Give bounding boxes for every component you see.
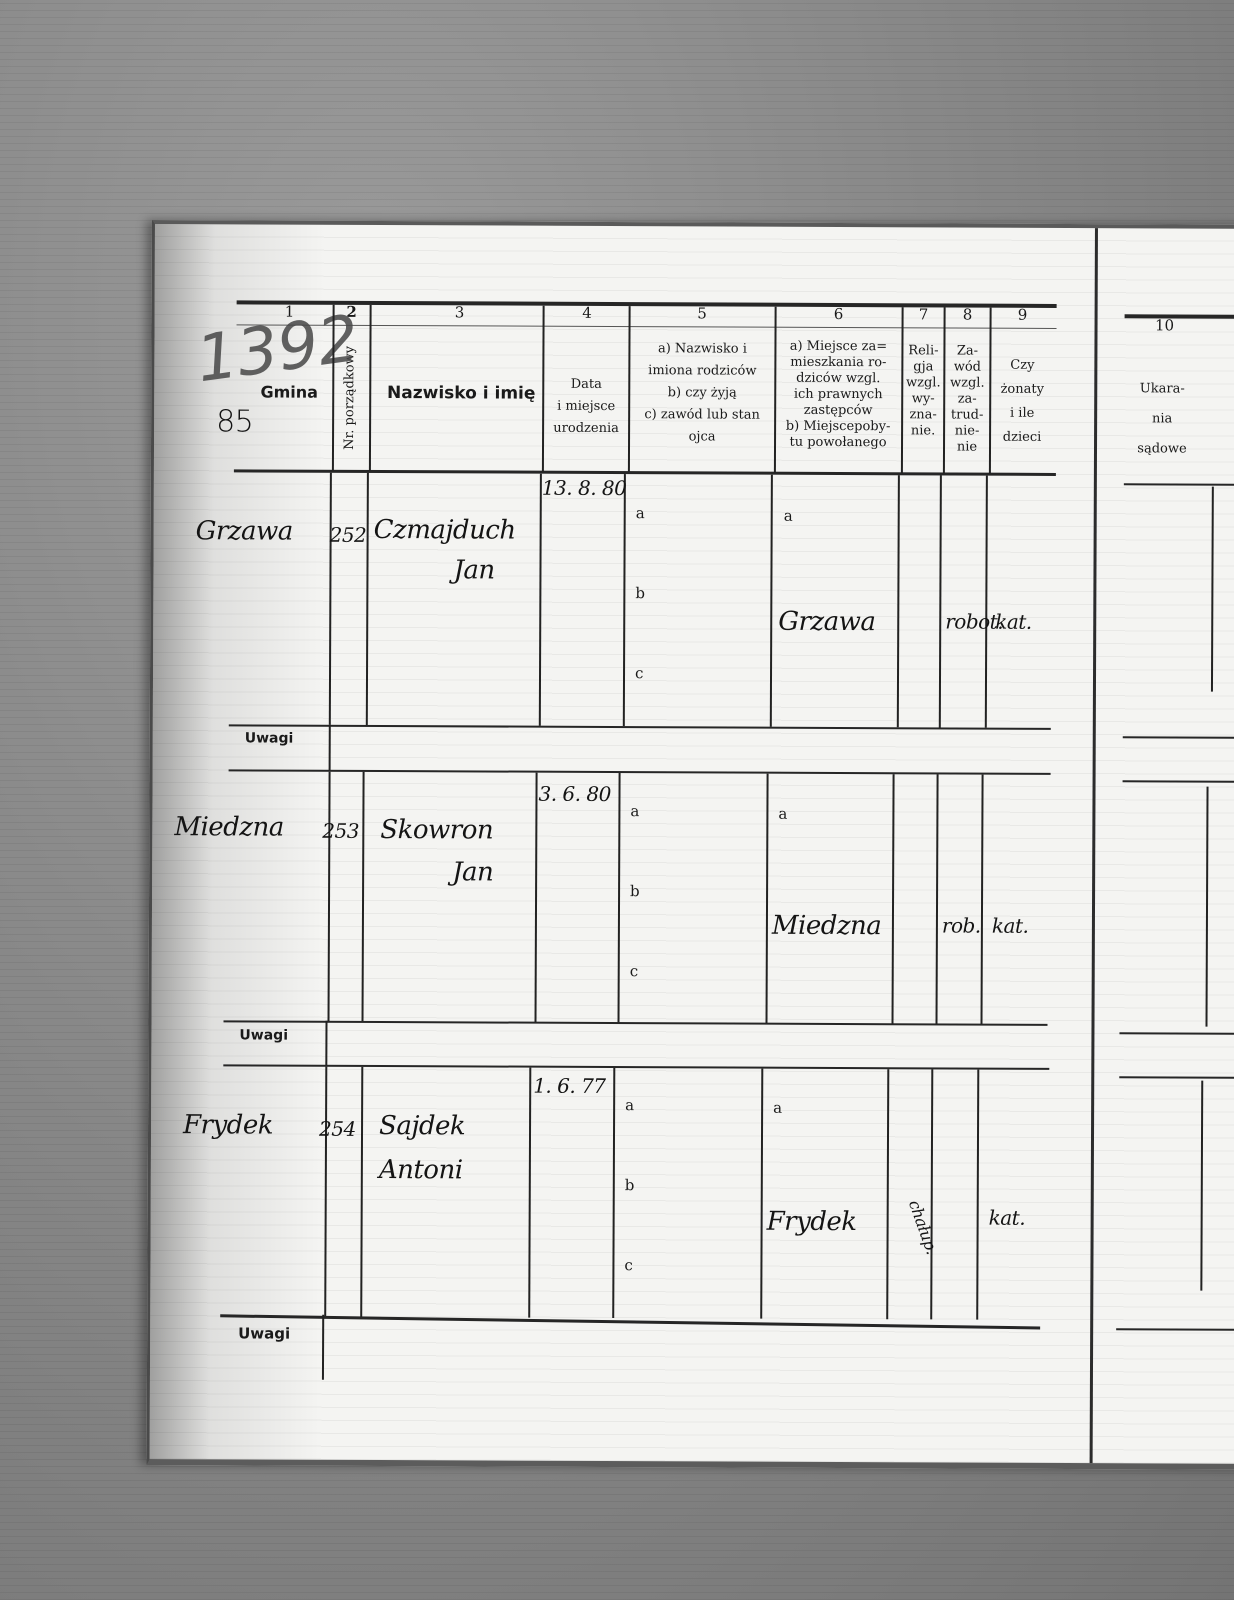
- entry1-remarks-label: Uwagi: [245, 730, 294, 746]
- column-number-7: 7: [903, 305, 945, 323]
- column-number-5: 5: [630, 304, 775, 323]
- entry1-divider-g: [939, 475, 942, 727]
- header-col5: a) Nazwisko i imiona rodziców b) czy żyj…: [629, 338, 775, 449]
- entry1-divider-c: [539, 474, 542, 726]
- entry3-label-b: b: [625, 1176, 635, 1194]
- entry3-occupation: chałup.: [905, 1197, 942, 1256]
- entry2-label-c: c: [630, 962, 638, 980]
- entry2-divider-col10: [1205, 787, 1208, 1027]
- header-col4-line1: Data: [542, 374, 630, 396]
- header-col6-line1: a) Miejsce za=: [774, 339, 902, 356]
- header-col8-line4: za-: [944, 391, 990, 407]
- entry1-divider-a: [329, 473, 332, 725]
- entry2-divider-c: [535, 773, 538, 1023]
- entry1-label-b: b: [635, 584, 645, 602]
- entry2-remarks-label: Uwagi: [239, 1027, 288, 1043]
- header-col5-line2: imiona rodziców: [629, 360, 775, 383]
- entry2-divider-d: [618, 773, 621, 1023]
- header-col8-line2: wód: [944, 359, 990, 375]
- header-col9-line3: i ile: [990, 402, 1054, 426]
- entry2-bottom-rule: [223, 1020, 1047, 1026]
- header-col4-line3: urodzenia: [542, 418, 630, 440]
- column-number-9: 9: [991, 306, 1055, 324]
- entry2-occupation: rob.: [942, 913, 981, 937]
- column-number-8: 8: [945, 305, 991, 323]
- entry3-divider-g: [930, 1069, 933, 1319]
- header-col6-line2: mieszkania ro-: [774, 355, 902, 372]
- archive-ink-number: 85: [216, 404, 253, 439]
- header-col9-line1: Czy: [990, 354, 1054, 378]
- header-col5-line5: ojca: [629, 426, 775, 449]
- col-divider-6-7-header: [901, 307, 904, 473]
- entry2-label-b: b: [630, 882, 640, 900]
- header-col7-line5: zna-: [902, 407, 944, 423]
- entry1-remarks-rule: [229, 769, 1051, 775]
- header-col9-line4: dzieci: [990, 426, 1054, 450]
- header-col6-line6: b) Miejscepoby-: [774, 419, 902, 436]
- entry3-divider-h: [976, 1070, 979, 1320]
- entry3-surname: Sajdek: [379, 1111, 465, 1141]
- entry3-residence: Frydek: [767, 1207, 857, 1237]
- entry1-label-c: c: [635, 664, 643, 682]
- header-col7-line2: gja: [902, 359, 944, 375]
- col-divider-2-3-header: [369, 305, 372, 471]
- entry1-divider-d: [623, 474, 626, 726]
- header-col10: Ukara- nia sądowe: [1122, 374, 1202, 464]
- entry3-divider-e: [760, 1069, 763, 1319]
- entry1-divider-h: [985, 476, 988, 728]
- header-col10-line1: Ukara-: [1122, 374, 1202, 404]
- entry3-religion-mark: kat.: [989, 1206, 1026, 1230]
- entry3-label-c: c: [624, 1256, 632, 1274]
- header-col4: Data i miejsce urodzenia: [542, 374, 630, 440]
- entry2-divider-g: [935, 774, 938, 1024]
- header-bottom-rule-right: [1124, 483, 1234, 486]
- entry3-divider-c: [528, 1068, 531, 1318]
- entry1-divider-f: [897, 475, 900, 727]
- entry3-label-a: a: [625, 1096, 634, 1114]
- header-col6-line4: ich prawnych: [774, 387, 902, 404]
- header-bottom-rule: [234, 469, 1056, 476]
- entry1-residence: Grzawa: [778, 607, 875, 637]
- entry2-divider-e: [765, 774, 768, 1024]
- entry3-divider-a: [324, 1067, 327, 1317]
- entry2-label-6a: a: [778, 805, 787, 823]
- entry3-divider-d: [612, 1068, 615, 1318]
- entry1-nr: 252: [330, 523, 367, 547]
- entry3-remarks-label: Uwagi: [238, 1324, 290, 1342]
- entry2-divider-f: [891, 774, 894, 1024]
- header-col6-line5: zastępców: [774, 403, 902, 420]
- column-number-underline: [237, 324, 1057, 329]
- header-col7-line4: wy-: [902, 391, 944, 407]
- header-col7-line1: Reli-: [902, 343, 944, 359]
- header-col8: Za- wód wzgl. za- trud- nie- nie: [944, 343, 990, 455]
- entry2-religion-mark: kat.: [992, 914, 1029, 938]
- entry2-first-name: Jan: [452, 857, 493, 887]
- header-col4-line2: i miejsce: [542, 396, 630, 418]
- entry2-divider-h: [980, 775, 983, 1025]
- register-entry-3: Frydek 254 Sajdek Antoni 1. 6. 77 a b c …: [155, 224, 1234, 229]
- entry1-gmina: Grzawa: [196, 516, 293, 546]
- header-col5-line1: a) Nazwisko i: [629, 338, 775, 361]
- entry2-gmina: Miedzna: [174, 812, 284, 842]
- entry3-divider-f: [886, 1069, 889, 1319]
- header-col6-line7: tu powołanego: [774, 435, 902, 452]
- entry2-residence: Miedzna: [772, 911, 882, 941]
- entry1-label-6a: a: [784, 507, 793, 525]
- entry1-remarks-rule-right: [1123, 780, 1234, 783]
- header-col6-line3: dziców wzgl.: [774, 371, 902, 388]
- entry3-bottom-rule: [220, 1314, 1040, 1329]
- entry1-religion-mark: kat.: [995, 610, 1032, 634]
- entry3-divider-b: [360, 1067, 363, 1317]
- register-entry-1: Grzawa 252 Czmajduch Jan 13. 8. 80 a b c…: [155, 224, 1234, 229]
- entry2-remarks-rule-right: [1119, 1076, 1234, 1079]
- col-divider-1-2-header: [332, 305, 335, 471]
- entry3-remarks-divider: [322, 1315, 324, 1380]
- entry1-divider-col10: [1211, 487, 1214, 692]
- header-nazwisko-imie: Nazwisko i imię: [376, 385, 546, 402]
- entry1-bottom-rule-right: [1123, 736, 1234, 739]
- entry2-bottom-rule-right: [1119, 1032, 1234, 1035]
- entry2-surname: Skowron: [380, 815, 493, 845]
- entry1-label-a: a: [636, 504, 645, 522]
- column-number-6: 6: [775, 305, 903, 324]
- col-divider-3-4-header: [542, 306, 545, 472]
- register-entry-2: Miedzna 253 Skowron Jan 3. 6. 80 a b c a…: [155, 224, 1234, 229]
- header-col6: a) Miejsce za= mieszkania ro- dziców wzg…: [774, 339, 902, 452]
- entry3-divider-col10: [1200, 1081, 1203, 1291]
- entry2-label-a: a: [630, 802, 639, 820]
- header-col5-line4: c) zawód lub stan: [629, 404, 775, 427]
- entry2-divider-a: [328, 772, 331, 1022]
- archive-pencil-number: 1392: [192, 302, 363, 397]
- entry1-remarks-divider: [329, 725, 331, 771]
- entry1-first-name: Jan: [453, 555, 494, 585]
- entry2-birth-date: 3. 6. 80: [538, 782, 610, 806]
- entry3-nr: 254: [319, 1117, 356, 1141]
- entry1-surname: Czmajduch: [374, 515, 516, 546]
- entry3-label-6a: a: [773, 1099, 782, 1117]
- header-col10-line3: sądowe: [1122, 434, 1202, 464]
- entry3-birth-date: 1. 6. 77: [533, 1074, 605, 1098]
- header-col7-line3: wzgl.: [902, 375, 944, 391]
- column-number-4: 4: [545, 304, 630, 322]
- entry2-divider-b: [362, 772, 365, 1022]
- header-col9: Czy żonaty i ile dzieci: [990, 354, 1054, 450]
- entry3-first-name: Antoni: [379, 1155, 463, 1185]
- header-col5-line3: b) czy żyją: [629, 382, 775, 405]
- column-number-3: 3: [375, 303, 545, 322]
- entry3-gmina: Frydek: [183, 1110, 273, 1140]
- header-col8-line6: nie-: [944, 423, 990, 439]
- entry2-remarks-divider: [325, 1021, 327, 1067]
- header-col10-line2: nia: [1122, 404, 1202, 434]
- entry1-divider-e: [770, 475, 773, 727]
- entry2-nr: 253: [322, 819, 359, 843]
- entry2-remarks-rule: [223, 1064, 1049, 1070]
- page-fold-line: [1090, 228, 1098, 1463]
- header-col8-line5: trud-: [944, 407, 990, 423]
- entry3-remarks-rule-right: [1116, 1328, 1234, 1331]
- header-col7-line6: nie.: [902, 423, 944, 439]
- register-page: 1 2 3 4 5 6 7 8 9 10 Gmina Nr. porządkow…: [147, 220, 1234, 1470]
- header-col8-line1: Za-: [944, 343, 990, 359]
- header-col8-line7: nie: [944, 439, 990, 455]
- entry1-divider-b: [366, 473, 369, 725]
- entry1-bottom-rule: [229, 724, 1051, 730]
- column-number-10: 10: [1130, 316, 1200, 334]
- header-col7: Reli- gja wzgl. wy- zna- nie.: [902, 343, 944, 439]
- header-col9-line2: żonaty: [990, 378, 1054, 402]
- entry1-birth-date: 13. 8. 80: [542, 476, 627, 500]
- header-col8-line3: wzgl.: [944, 375, 990, 391]
